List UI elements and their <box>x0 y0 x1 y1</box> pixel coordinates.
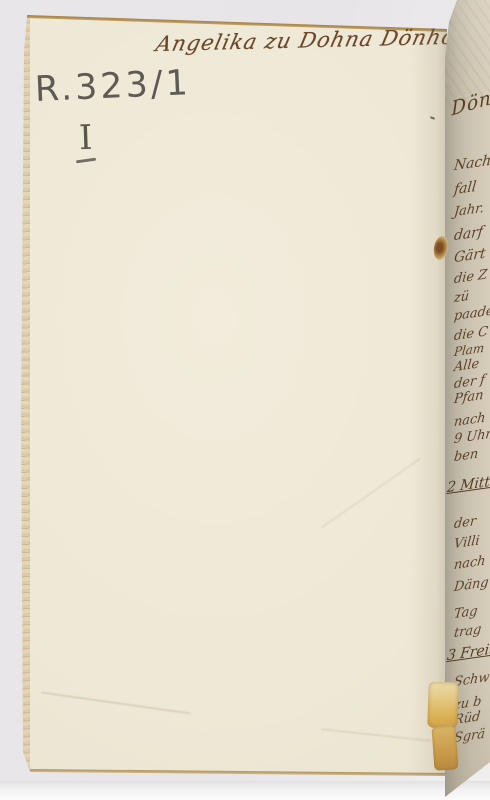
paper-crease <box>321 728 431 741</box>
next-page-line: Schw <box>453 670 490 690</box>
numeral-underline <box>76 158 96 163</box>
next-page-line: der f <box>453 372 485 392</box>
next-page-line: der <box>453 514 477 532</box>
page-fore-edge <box>21 12 30 778</box>
page-bottom-edge <box>30 769 451 777</box>
next-page-line: die Z <box>453 267 488 287</box>
next-page-line: Plam <box>453 341 485 360</box>
next-page-line: Jahr. <box>453 201 485 221</box>
pencil-shelfmark: R.323/1 <box>34 63 192 110</box>
next-page-line: paade <box>453 303 490 324</box>
next-page-line: die C <box>453 324 489 344</box>
next-page-line: zü <box>453 289 470 306</box>
next-page-sliver: Dönhof NachfallJahr.darfGärtdie Zzüpaade… <box>445 0 490 800</box>
ink-inscription: Angelika zu Dohna Dönhoff <box>154 24 476 56</box>
manuscript-scan: Angelika zu Dohna Dönhoff R.323/1 I Dönh… <box>0 0 490 800</box>
paper-crease <box>42 692 191 715</box>
scanner-mat <box>0 781 490 800</box>
pencil-volume-numeral: I <box>78 118 93 158</box>
binding-damage-patch <box>427 681 459 728</box>
next-page-line: nach <box>453 553 486 573</box>
next-page-line: 9 Uhr <box>453 427 490 448</box>
binding-damage-patch <box>431 725 458 771</box>
next-page-heading: Dönhof <box>451 77 490 121</box>
next-page-line: Tag <box>453 604 478 623</box>
next-page-line: Villi <box>453 533 480 552</box>
next-page-line: Nach <box>453 153 490 175</box>
next-page-line: Gärt <box>453 245 486 266</box>
next-page-line: Däng <box>453 575 489 595</box>
next-page-line: fall <box>453 179 477 199</box>
pencil-speck <box>430 116 435 120</box>
manuscript-flyleaf-page: Angelika zu Dohna Dönhoff R.323/1 I <box>21 12 451 778</box>
paper-crease <box>321 458 420 528</box>
next-page-line: 2 Mittw <box>446 472 490 496</box>
next-page-line: trag <box>453 622 482 641</box>
next-page-line: ben <box>453 446 479 465</box>
next-page-line: Alle <box>453 356 480 375</box>
next-page-line: Sgrä <box>453 726 486 746</box>
next-page-line: nach <box>453 410 486 430</box>
next-page-line: Pfan <box>453 388 484 408</box>
next-page-line: 3 Freit <box>446 641 490 664</box>
next-page-line: darf <box>453 224 484 244</box>
